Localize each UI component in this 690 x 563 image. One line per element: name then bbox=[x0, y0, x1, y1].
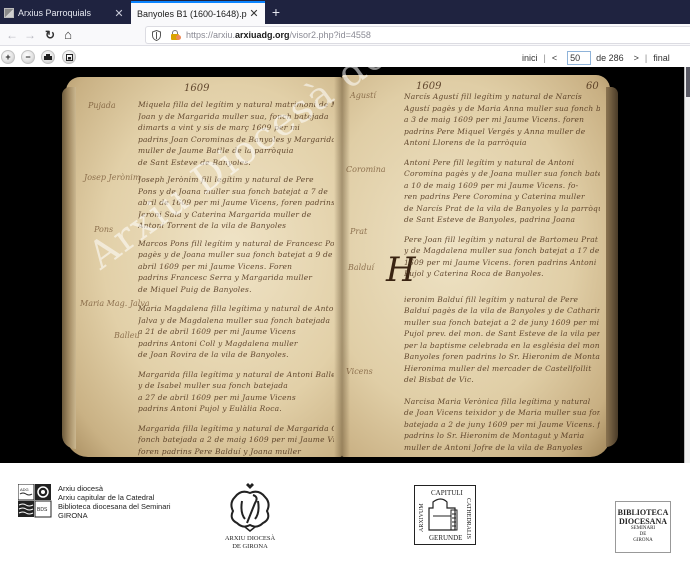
tab-title: Banyoles B1 (1600-1648).pdf bbox=[137, 9, 247, 19]
zoom-in-button[interactable]: + bbox=[1, 50, 15, 64]
handwritten-line: batejada a 2 de juny 1609 per mi Jaume V… bbox=[404, 419, 600, 430]
institutions-list: Arxiu diocesà Arxiu capitular de la Cate… bbox=[58, 484, 171, 520]
arxiu-capitular-logo-icon: CAPITULI GERUNDE ARXIVUM CATHEDRALIS bbox=[414, 485, 476, 545]
print-button[interactable] bbox=[41, 50, 55, 64]
institution-name: Arxiu capitular de la Catedral bbox=[58, 493, 171, 502]
handwritten-line: padrins Francesc Serra y Margarida mulle… bbox=[138, 272, 334, 283]
handwritten-line: a 27 de abril 1609 per mi Jaume Vicens bbox=[138, 392, 334, 403]
handwritten-line: muller sua fonch batejat a 2 de juny 160… bbox=[404, 317, 600, 328]
handwritten-line: Pons y de Joana muller sua fonch batejat… bbox=[138, 186, 334, 197]
handwritten-line: Balduí pagès de la vila de Banyoles y de… bbox=[404, 305, 600, 316]
separator: | bbox=[544, 53, 546, 63]
margin-note: Agustí bbox=[350, 91, 376, 100]
handwritten-line: Jeroni Sala y Caterina Margarida muller … bbox=[138, 209, 334, 220]
next-page-link[interactable]: > bbox=[634, 53, 639, 63]
url-text: https://arxiu.arxiuadg.org/visor2.php?id… bbox=[186, 30, 371, 40]
handwritten-line: Joan y de Margarida muller sua, fonch ba… bbox=[138, 111, 334, 122]
handwritten-line: ren padrins Pere Coromina y Caterina mul… bbox=[404, 191, 600, 202]
fit-page-icon bbox=[66, 54, 73, 61]
handwritten-line: padrins Joan Corominas de Banyoles y Mar… bbox=[138, 134, 334, 145]
new-tab-button[interactable]: + bbox=[268, 3, 284, 21]
margin-note: Pons bbox=[94, 225, 113, 234]
scrollbar-thumb[interactable] bbox=[686, 67, 690, 97]
close-tab-icon[interactable]: ✕ bbox=[112, 7, 126, 20]
svg-text:GERUNDE: GERUNDE bbox=[429, 534, 462, 542]
handwritten-line: 1609 per mi Jaume Vicens. foren padrins … bbox=[404, 257, 600, 268]
handwritten-line: Agustí pagès y de Maria Anna muller sua … bbox=[404, 103, 600, 114]
insecure-lock-icon[interactable] bbox=[170, 30, 180, 40]
handwritten-line: Coromina pagès y de Joana muller sua fon… bbox=[404, 168, 600, 179]
tab-banyoles-pdf[interactable]: Banyoles B1 (1600-1648).pdf ✕ bbox=[131, 1, 265, 24]
handwritten-line: Pere Joan fill legítim y natural de Bart… bbox=[404, 234, 600, 245]
handwritten-line: muller de Jaume Batlle de la parròquia bbox=[138, 145, 334, 156]
page-year: 1609 bbox=[184, 83, 209, 94]
handwritten-line: de Miquel Puig de Banyoles. bbox=[138, 284, 334, 295]
book-gutter bbox=[334, 77, 350, 457]
handwritten-line: abril 1609 per mi Jaume Vicens. Foren bbox=[138, 261, 334, 272]
handwritten-line: dimarts a vint y sis de març 1609 per mi bbox=[138, 122, 334, 133]
print-icon bbox=[44, 54, 52, 61]
handwritten-line: Hieronima muller del mercader de Castell… bbox=[404, 363, 600, 374]
handwritten-line: padrins Antoni Coll y Magdalena muller bbox=[138, 338, 334, 349]
margin-note: Prat bbox=[350, 227, 367, 236]
site-favicon-icon bbox=[4, 8, 14, 18]
city-name: GIRONA bbox=[58, 511, 171, 520]
document-image-viewer[interactable]: 1609 Pujada Josep Jerònim Pons Maria Mag… bbox=[0, 67, 684, 463]
handwritten-line: ieronim Balduí fill legítim y natural de… bbox=[404, 294, 600, 305]
handwritten-line: pagès y de Joana muller sua fonch bateja… bbox=[138, 249, 334, 260]
caption-line: DE GIRONA bbox=[215, 543, 285, 551]
margin-note: Coromina bbox=[346, 165, 386, 174]
handwritten-line: Antoni Pere fill legítim y natural de An… bbox=[404, 157, 600, 168]
handwritten-line: Narcís Agustí fill legítim y natural de … bbox=[404, 91, 600, 102]
institution-name: Biblioteca diocesana del Seminari bbox=[58, 502, 171, 511]
reload-button[interactable]: ↻ bbox=[42, 27, 58, 43]
institution-name: Arxiu diocesà bbox=[58, 484, 171, 493]
biblioteca-diocesana-logo: BIBLIOTECA DIOCESANA SEMINARI DE GIRONA bbox=[615, 501, 671, 553]
handwritten-line: de Narcís Prat de la vila de Banyoles y … bbox=[404, 203, 600, 214]
close-tab-icon[interactable]: ✕ bbox=[247, 7, 261, 20]
handwritten-line: per la baptisme celebrada en la església… bbox=[404, 340, 600, 351]
arxiu-diocesa-caption: ARXIU DIOCESÀ DE GIRONA bbox=[215, 535, 285, 551]
page-number-input[interactable] bbox=[567, 51, 591, 65]
handwritten-line: y de Isabel muller sua fonch batejada bbox=[138, 380, 334, 391]
handwritten-line: Antoni Torrent de la vila de Banyoles bbox=[138, 220, 334, 231]
handwritten-line: de Sant Esteve de Banyoles. bbox=[138, 157, 334, 168]
margin-note: Vicens bbox=[346, 367, 373, 376]
handwritten-line: Narcisa Maria Verònica filla legítima y … bbox=[404, 396, 600, 407]
handwritten-line: Margarida filla legítima y natural de Ma… bbox=[138, 423, 334, 434]
handwritten-line: padrins Antoni Pujol y Eulàlia Roca. bbox=[138, 403, 334, 414]
handwritten-line: Margarida filla legítima y natural de An… bbox=[138, 369, 334, 380]
margin-note: Balleu bbox=[114, 331, 140, 340]
handwritten-line: y de Magdalena muller sua fonch batejat … bbox=[404, 245, 600, 256]
handwritten-line: Joseph Jerònim fill legítim y natural de… bbox=[138, 174, 334, 185]
address-bar[interactable]: https://arxiu.arxiuadg.org/visor2.php?id… bbox=[145, 26, 690, 44]
caption-line: ARXIU DIOCESÀ bbox=[215, 535, 285, 543]
total-pages-label: de 286 bbox=[596, 53, 624, 63]
handwritten-line: padrins Pere Miquel Vergés y Anna muller… bbox=[404, 126, 600, 137]
handwritten-line: Jalva y de Magdalena muller sua fonch ba… bbox=[138, 315, 334, 326]
vertical-scrollbar[interactable] bbox=[684, 67, 690, 463]
right-page: 1609 60 Agustí Coromina Prat Balduí Vice… bbox=[342, 75, 610, 457]
svg-text:ARXIVUM: ARXIVUM bbox=[419, 503, 425, 532]
handwritten-line: muller de Antoni Jofre de la vila de Ban… bbox=[404, 442, 600, 453]
previous-page-link[interactable]: < bbox=[552, 53, 557, 63]
left-page: 1609 Pujada Josep Jerònim Pons Maria Mag… bbox=[66, 77, 342, 457]
handwritten-line: padrins lo Sr. Hieronim de Montagut y Ma… bbox=[404, 430, 600, 441]
last-page-link[interactable]: final bbox=[653, 53, 670, 63]
zoom-out-button[interactable]: − bbox=[21, 50, 35, 64]
handwritten-line: Antoni Llorens de la parròquia bbox=[404, 137, 600, 148]
fit-page-button[interactable] bbox=[62, 50, 76, 64]
tab-arxius-parroquials[interactable]: Arxius Parroquials ✕ bbox=[0, 2, 130, 24]
margin-note: Josep Jerònim bbox=[84, 173, 140, 182]
handwritten-line: fonch batejada a 2 de maig 1609 per mi J… bbox=[138, 434, 334, 445]
handwritten-line: abril de 1609 per mi Jaume Vicens, foren… bbox=[138, 197, 334, 208]
svg-text:CAPITULI: CAPITULI bbox=[431, 489, 464, 497]
navigation-bar: ← → ↻ ⌂ https://arxiu.arxiuadg.org/visor… bbox=[0, 24, 690, 46]
handwritten-line: a 3 de maig 1609 per mi Jaume Vicens. fo… bbox=[404, 114, 600, 125]
tab-title: Arxius Parroquials bbox=[18, 8, 112, 18]
tab-bar: Arxius Parroquials ✕ Banyoles B1 (1600-1… bbox=[0, 0, 690, 24]
diocesan-crest-icon bbox=[225, 483, 275, 533]
margin-note: Pujada bbox=[88, 101, 116, 110]
handwritten-line: Pujol prev. del mon. de Sant Esteve de l… bbox=[404, 328, 600, 339]
separator: | bbox=[645, 53, 647, 63]
arxiu-diocesa-logo-icon: ADG BDS bbox=[18, 484, 52, 518]
handwritten-line: Marcos Pons fill legítim y natural de Fr… bbox=[138, 238, 334, 249]
logo-line: GIRONA bbox=[616, 538, 670, 544]
margin-note: Balduí bbox=[348, 263, 374, 272]
handwritten-line: a 21 de abril 1609 per mi Jaume Vicens bbox=[138, 326, 334, 337]
manuscript-page-image: 1609 Pujada Josep Jerònim Pons Maria Mag… bbox=[66, 71, 614, 461]
svg-text:BDS: BDS bbox=[37, 507, 48, 513]
forward-button[interactable]: → bbox=[22, 27, 38, 43]
handwritten-line: del Bisbat de Vic. bbox=[404, 374, 600, 385]
viewer-toolbar: + − inici | < de 286 > | final bbox=[0, 47, 690, 67]
handwritten-line: Pujol y Caterina Roca de Banyoles. bbox=[404, 268, 600, 279]
handwritten-line: de Joan Rovira de la vila de Banyoles. bbox=[138, 349, 334, 360]
handwritten-line: Maria Magdalena filla legítima y natural… bbox=[138, 303, 334, 314]
svg-text:ADG: ADG bbox=[20, 487, 29, 492]
handwritten-line: de Sant Esteve de Banyoles, padrina Joan… bbox=[404, 214, 600, 225]
tracking-shield-icon[interactable] bbox=[152, 30, 162, 41]
handwritten-line: Banyoles foren padrins lo Sr. Hieronim d… bbox=[404, 351, 600, 362]
page-navigator: inici | < de 286 > | final bbox=[522, 50, 670, 65]
handwritten-line: de Joan Vicens teixidor y de Maria mulle… bbox=[404, 407, 600, 418]
back-button[interactable]: ← bbox=[4, 27, 20, 43]
home-button[interactable]: ⌂ bbox=[60, 27, 76, 43]
handwritten-line: a 10 de maig 1609 per mi Jaume Vicens. f… bbox=[404, 180, 600, 191]
handwritten-line: Miquela filla del legítim y natural matr… bbox=[138, 99, 334, 110]
svg-text:CATHEDRALIS: CATHEDRALIS bbox=[465, 498, 471, 539]
footer-logos: ADG BDS Arxiu diocesà Arxiu capitular de… bbox=[0, 463, 690, 563]
first-page-link[interactable]: inici bbox=[522, 53, 538, 63]
handwritten-line: foren padrins Pere Balduí y Joana muller bbox=[138, 446, 334, 457]
logo-line: BIBLIOTECA bbox=[616, 508, 670, 517]
logo-line: DIOCESANA bbox=[616, 517, 670, 526]
